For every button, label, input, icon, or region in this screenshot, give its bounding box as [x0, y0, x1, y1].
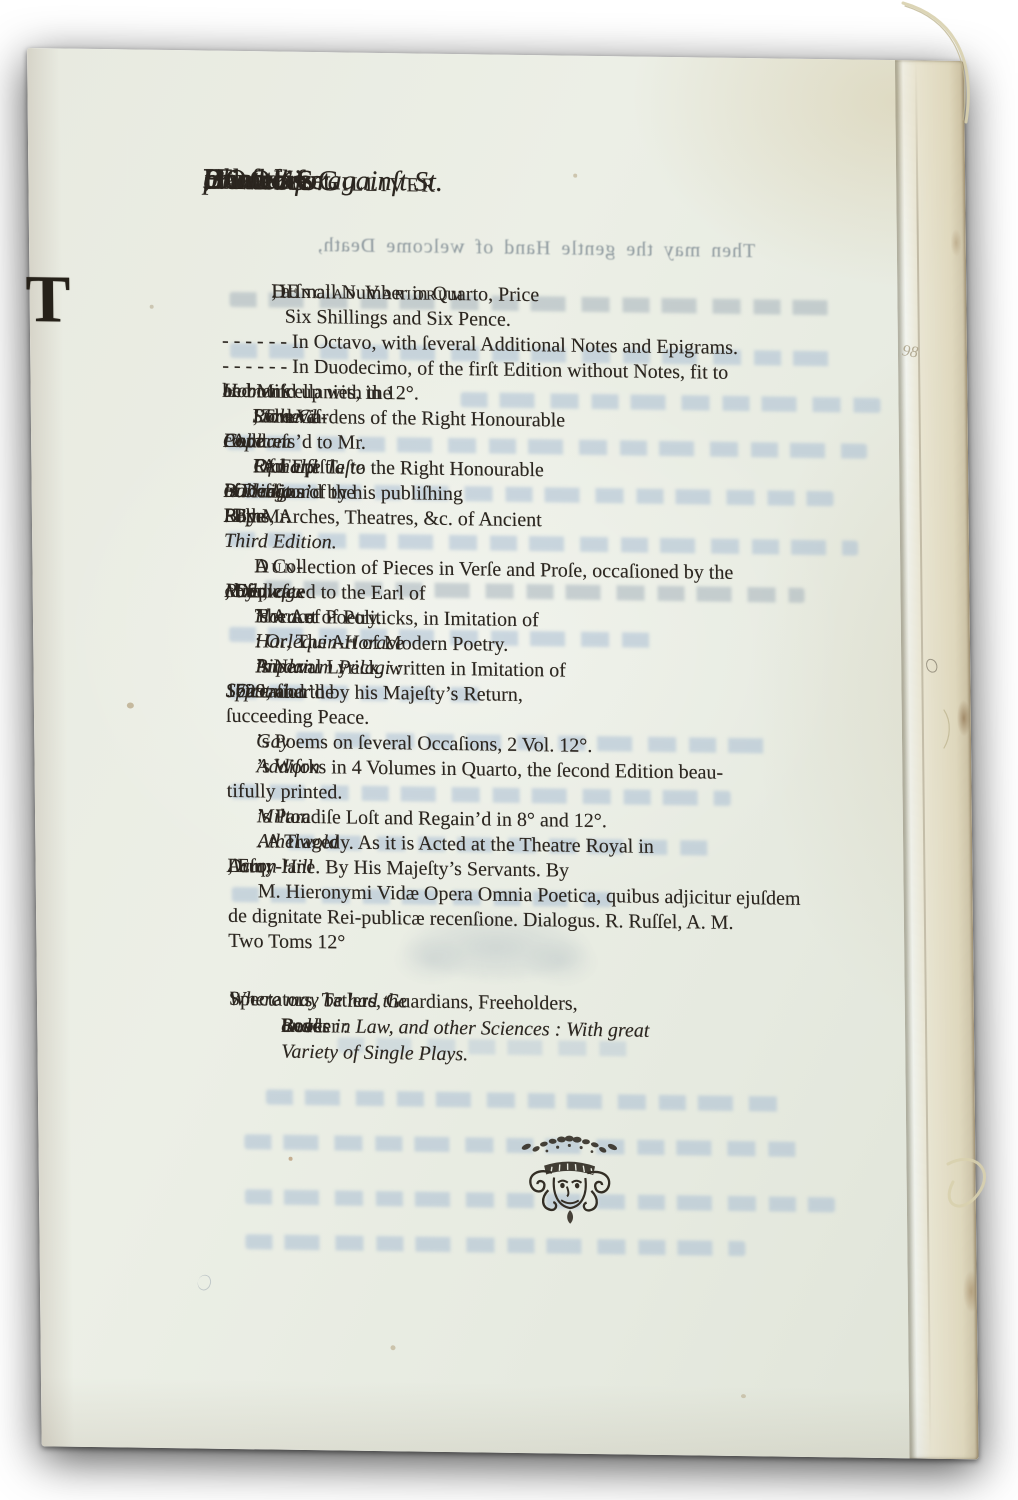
page-fold-edge: [895, 60, 979, 1459]
foxing-spot: [741, 1394, 746, 1398]
foxing-spot: [289, 1157, 293, 1161]
pencil-mark: 98: [901, 342, 919, 362]
bleed-through-line: [245, 1234, 745, 1256]
bleed-through-verse: Then may the gentle Hand of welcome Deat…: [204, 232, 868, 264]
book-page: Then may the gentle Hand of welcome Deat…: [27, 48, 979, 1459]
faint-curl-mark: [196, 1273, 214, 1293]
foxing-spot: [573, 174, 577, 178]
text-line: Head over againſt St. Dunſtan’s Church, …: [203, 162, 867, 171]
bleed-through-line: [266, 1089, 786, 1111]
where-may-be-had-note: Where may be had the Spectators, Tatlers…: [229, 986, 894, 1073]
tailpiece-mask-ornament-icon: [510, 1133, 629, 1229]
book-list: HE Dunciad Variorum, a ſmall Number in Q…: [221, 279, 892, 963]
foxing-spot: [150, 305, 154, 309]
photo-background: { "colors":{"paper":"#e9ebe1","backgroun…: [0, 0, 1018, 1500]
foxing-spot: [127, 702, 134, 708]
foxing-spot: [390, 1345, 395, 1350]
imprint-heading: BOOKS printed for Lawton Gilliver at Hom…: [203, 162, 867, 171]
drop-cap-T: T: [25, 272, 70, 327]
